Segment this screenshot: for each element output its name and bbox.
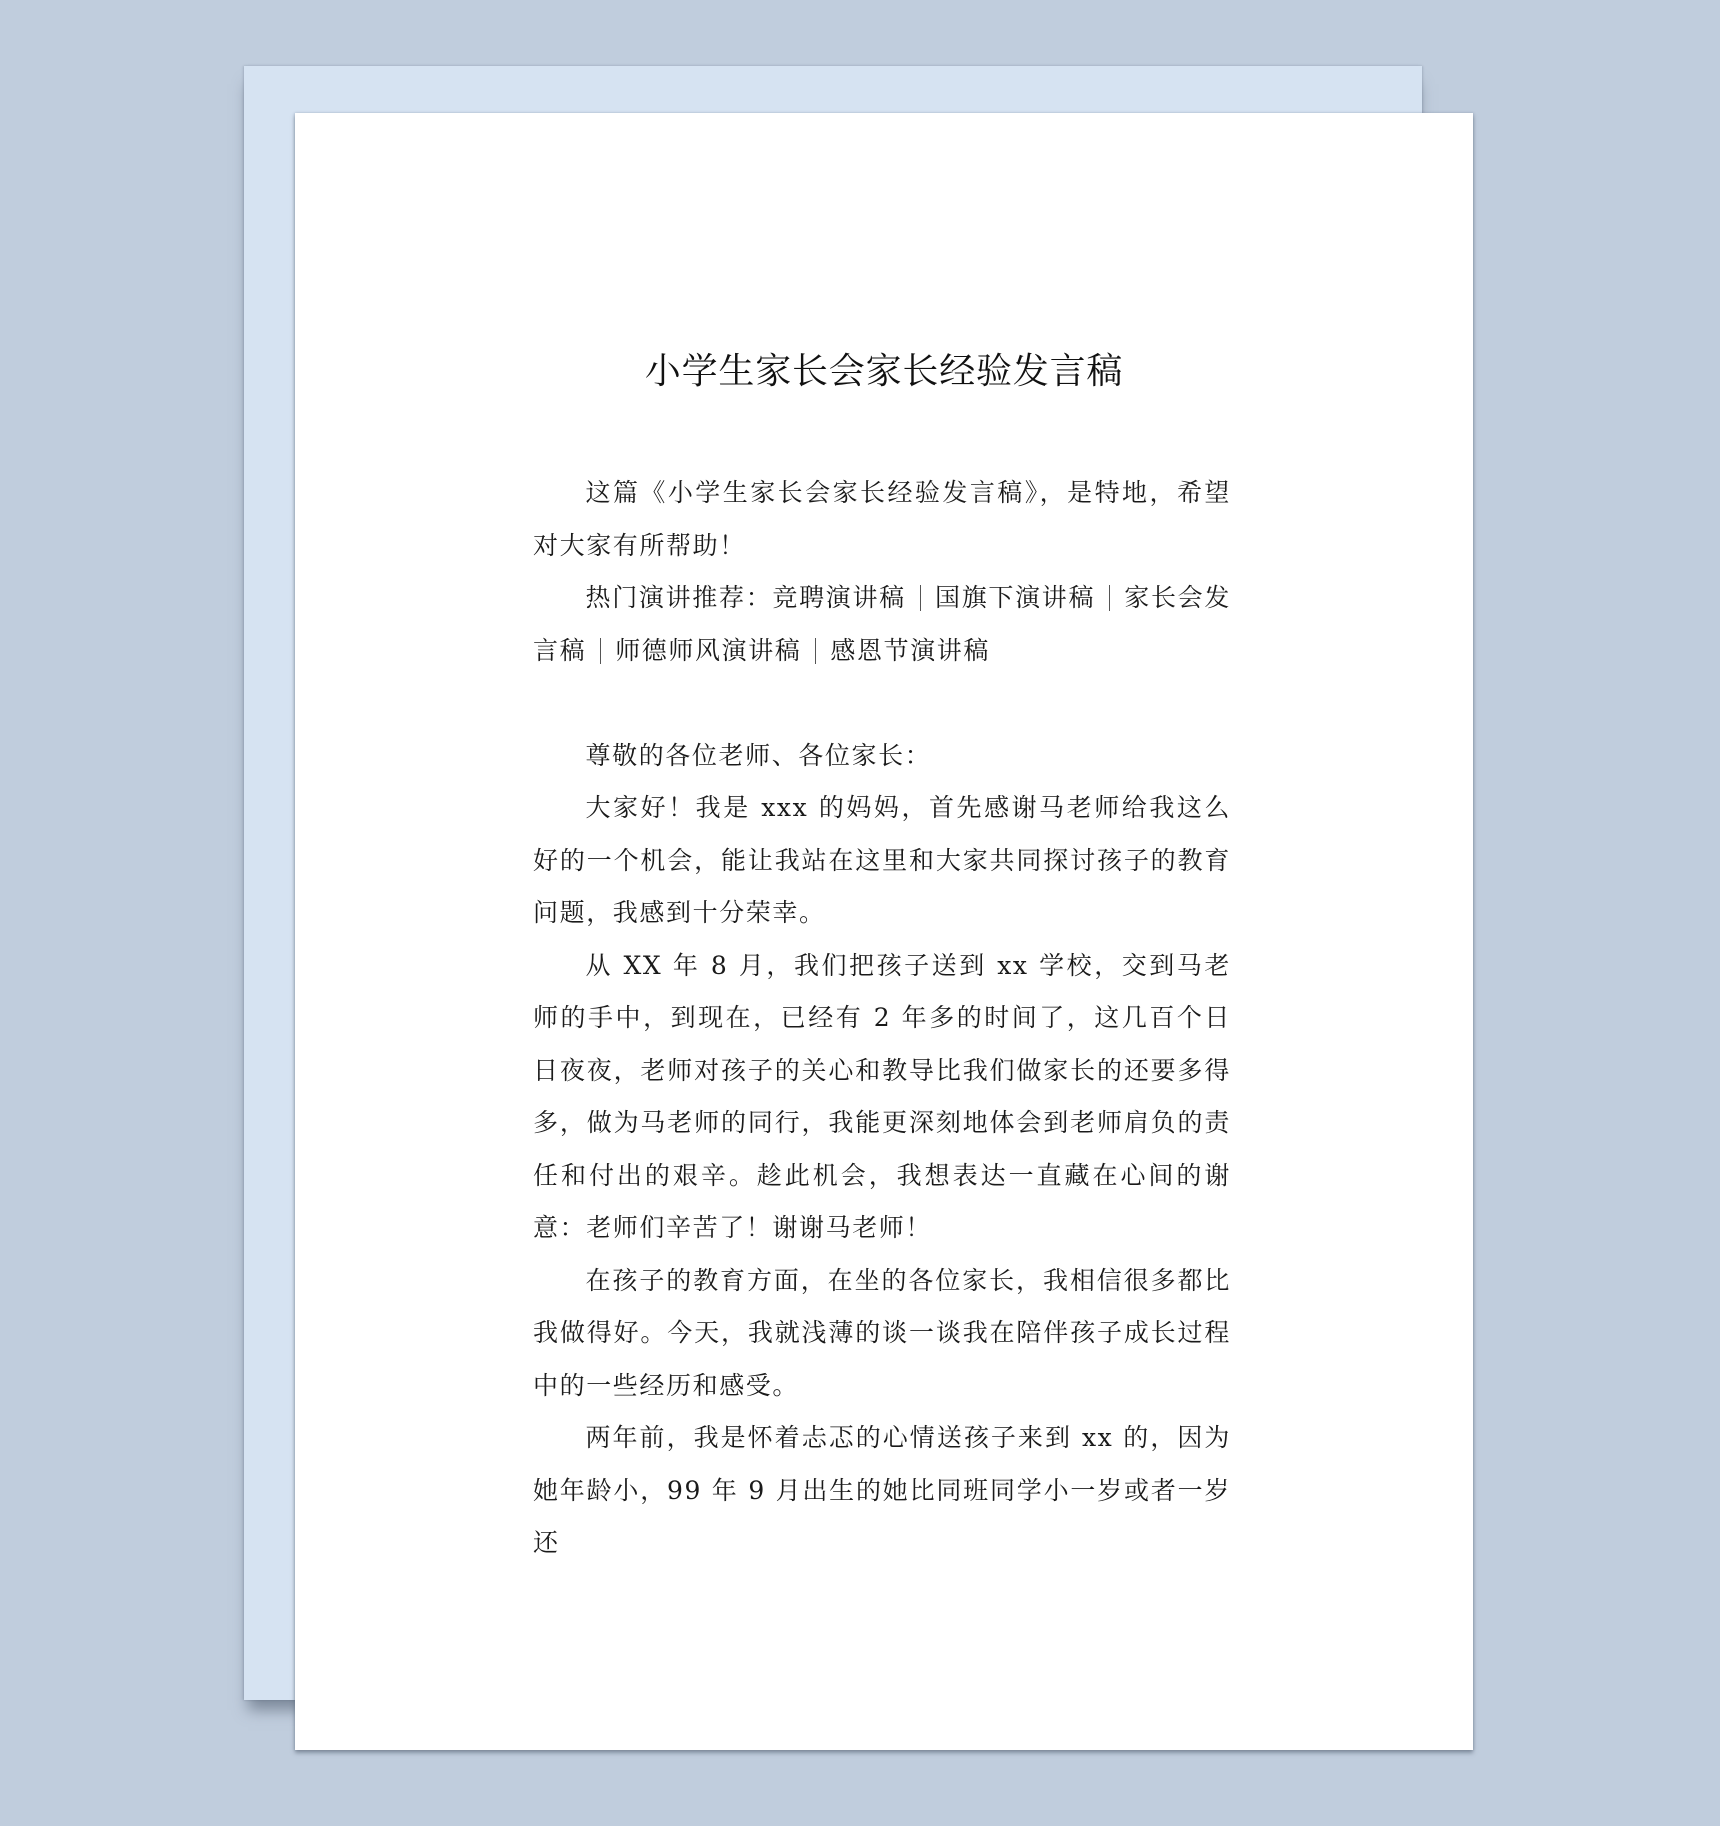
link-thanksgiving-speech[interactable]: 感恩节演讲稿	[830, 636, 990, 665]
link-jingpin-speech[interactable]: 竞聘演讲稿	[772, 583, 906, 612]
link-flag-speech[interactable]: 国旗下演讲稿	[935, 583, 1095, 612]
document-body: 这篇《小学生家长会家长经验发言稿》，是特地，希望对大家有所帮助！ 热门演讲推荐：…	[533, 467, 1231, 1570]
separator	[920, 585, 921, 611]
separator	[1109, 585, 1110, 611]
body-paragraph-4: 两年前，我是怀着忐忑的心情送孩子来到 xx 的，因为她年龄小，99 年 9 月出…	[533, 1412, 1231, 1570]
link-teacher-ethics-speech[interactable]: 师德师风演讲稿	[615, 636, 801, 665]
document-page: 小学生家长会家长经验发言稿 这篇《小学生家长会家长经验发言稿》，是特地，希望对大…	[295, 113, 1473, 1750]
blank-line	[533, 677, 1231, 730]
body-paragraph-3: 在孩子的教育方面，在坐的各位家长，我相信很多都比我做得好。今天，我就浅薄的谈一谈…	[533, 1255, 1231, 1413]
separator	[600, 638, 601, 664]
body-paragraph-1: 大家好！我是 xxx 的妈妈，首先感谢马老师给我这么好的一个机会，能让我站在这里…	[533, 782, 1231, 940]
page-title: 小学生家长会家长经验发言稿	[295, 349, 1473, 395]
intro-paragraph: 这篇《小学生家长会家长经验发言稿》，是特地，希望对大家有所帮助！	[533, 467, 1231, 572]
body-paragraph-2: 从 XX 年 8 月，我们把孩子送到 xx 学校，交到马老师的手中，到现在，已经…	[533, 940, 1231, 1255]
salutation: 尊敬的各位老师、各位家长：	[533, 730, 1231, 783]
recommend-label: 热门演讲推荐：	[586, 583, 773, 612]
separator	[815, 638, 816, 664]
recommend-paragraph: 热门演讲推荐：竞聘演讲稿国旗下演讲稿家长会发言稿师德师风演讲稿感恩节演讲稿	[533, 572, 1231, 677]
